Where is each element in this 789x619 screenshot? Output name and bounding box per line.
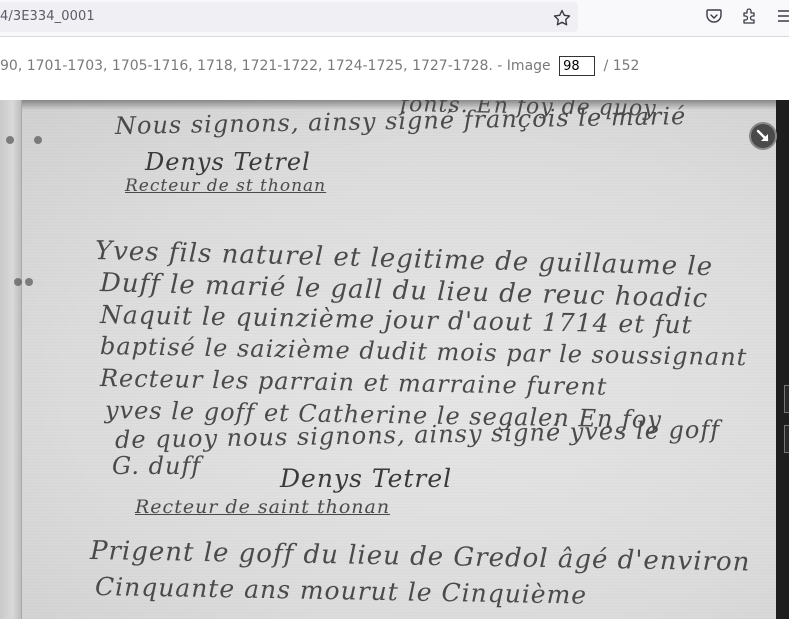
series-info: 90, 1701-1703, 1705-1716, 1718, 1721-172… [0,56,639,76]
fullscreen-button[interactable] [749,122,777,150]
side-panel-tab[interactable] [784,425,789,453]
handwritten-line: Recteur les parrain et marraine furent [100,364,608,401]
viewer-margin [776,100,789,619]
total-pages: / 152 [604,58,640,74]
image-viewer[interactable]: fonts. En foy de quoy Nous signons, ains… [0,100,789,619]
binding-hole [34,136,42,144]
browser-toolbar: 4/3E334_0001 [0,0,789,37]
separator: - [493,58,507,74]
handwritten-line: Cinquante ans mourut le Cinquième [95,572,588,610]
signature: G. duff [112,452,201,480]
binding-hole [14,278,22,286]
handwritten-line: Nous signons, ainsy signé françois le ma… [115,102,687,140]
binding-hole [25,278,33,286]
signature: Denys Tetrel [280,464,452,493]
page-number-input[interactable] [559,56,595,76]
page-binding [0,100,22,619]
signature-title: Recteur de st thonan [125,176,326,196]
address-bar[interactable]: 4/3E334_0001 [0,2,578,32]
handwritten-line: Prigent le goff du lieu de Gredol âgé d'… [90,536,751,578]
side-panel-tab[interactable] [784,385,789,413]
years-text: 90, 1701-1703, 1705-1716, 1718, 1721-172… [0,58,493,74]
expand-arrow-icon [755,128,771,144]
menu-icon[interactable] [776,7,789,25]
bookmark-star-icon[interactable] [552,8,572,28]
binding-hole [6,136,14,144]
extensions-icon[interactable] [741,7,759,25]
document-scan[interactable]: fonts. En foy de quoy Nous signons, ains… [0,100,776,619]
signature-title: Recteur de saint thonan [135,496,390,518]
image-label: Image [507,58,551,74]
signature: Denys Tetrel [145,148,311,176]
pocket-icon[interactable] [705,7,723,25]
url-text: 4/3E334_0001 [0,9,95,24]
viewer-header: 90, 1701-1703, 1705-1716, 1718, 1721-172… [0,38,789,100]
